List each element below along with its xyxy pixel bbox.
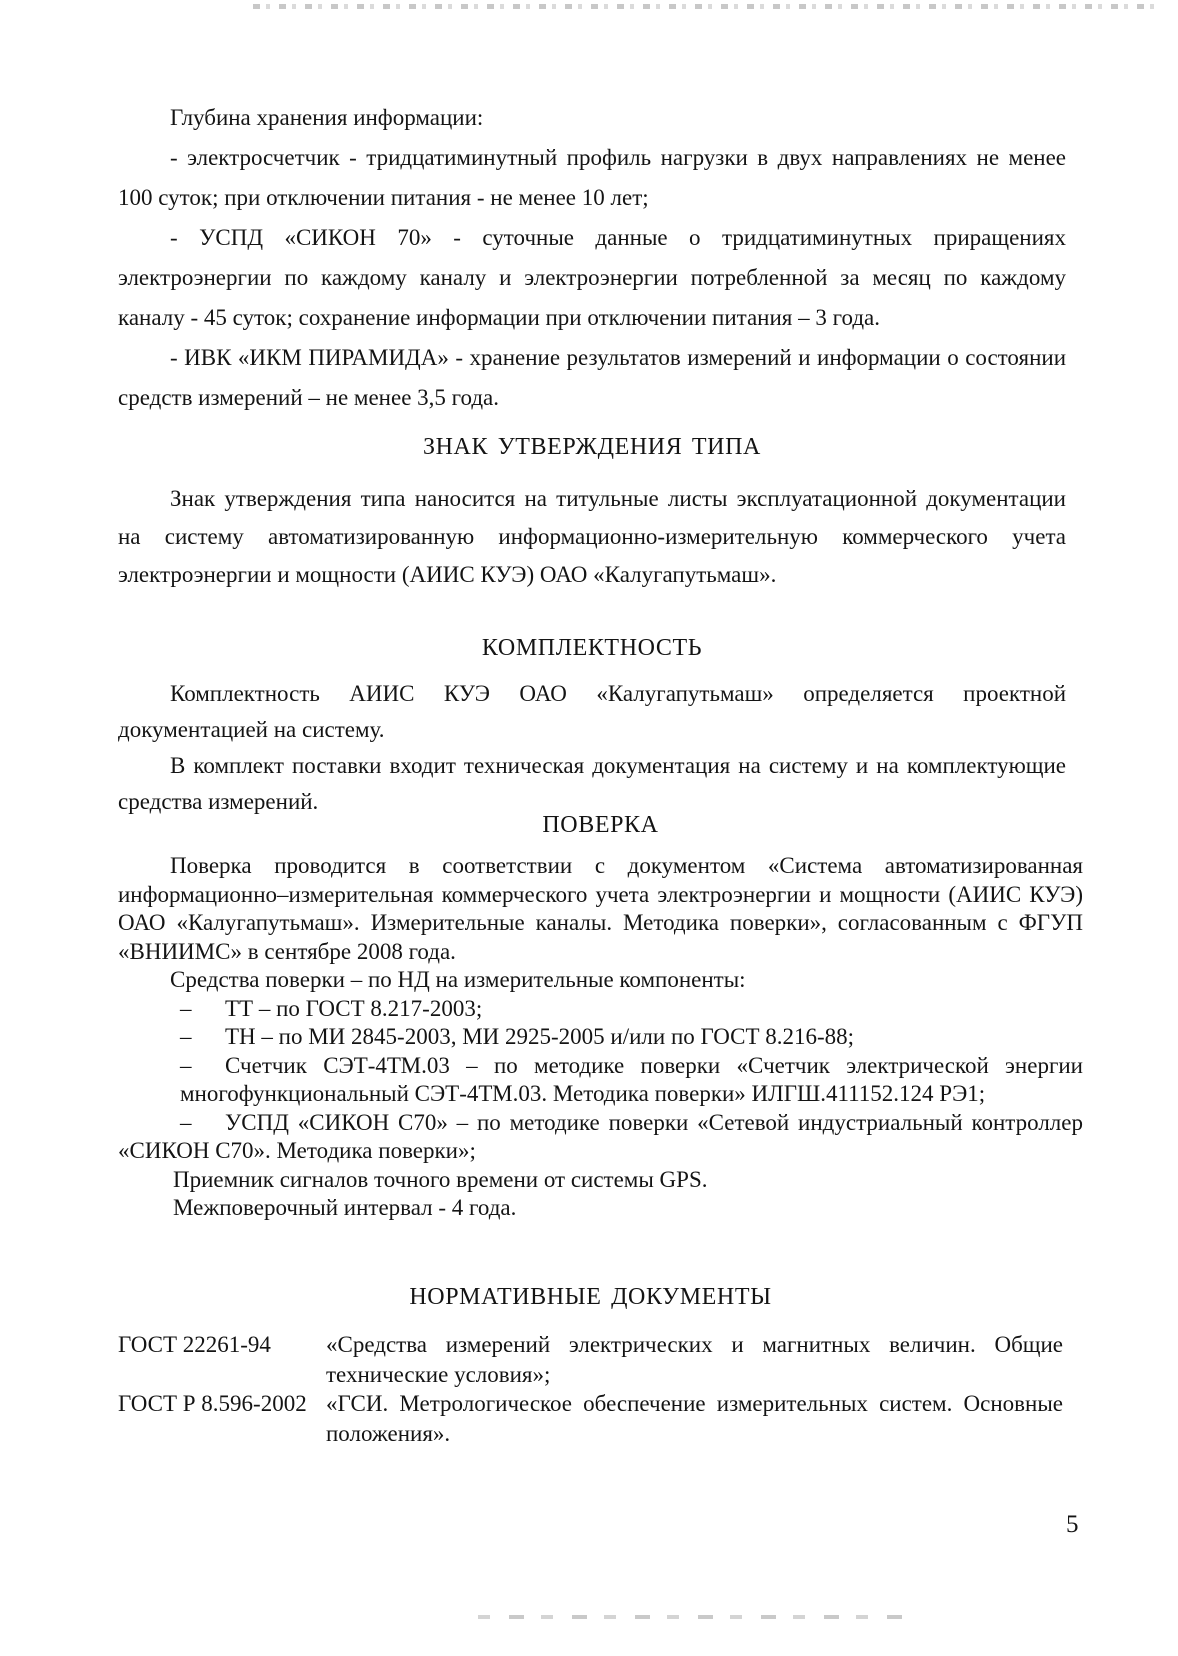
scan-artifact-bottom [478,1615,903,1619]
section-type-approval-mark: ЗНАК УТВЕРЖДЕНИЯ ТИПА Знак утверждения т… [118,428,1066,594]
verification-paragraph-1: Поверка проводится в соответствии с доку… [118,852,1083,966]
normative-entry-gost-8596: ГОСТ Р 8.596-2002 «ГСИ. Метрологическое … [118,1389,1063,1448]
verification-gps-line: Приемник сигналов точного времени от сис… [118,1166,1083,1195]
dash-bullet-marker: – [180,1109,225,1138]
completeness-paragraph-1: Комплектность АИИС КУЭ ОАО «Калугапутьма… [118,676,1066,748]
verification-bullet-meter: –Счетчик СЭТ-4ТМ.03 – по методике поверк… [118,1052,1083,1109]
verification-bullet-uspd: –УСПД «СИКОН С70» – по методике поверки … [118,1109,1083,1166]
normative-text: «Средства измерений электрических и магн… [326,1330,1063,1389]
verification-bullet-tn-text: ТН – по МИ 2845-2003, МИ 2925-2005 и/или… [225,1024,854,1049]
storage-depth-lead: Глубина хранения информации: [118,98,1066,138]
normative-code: ГОСТ Р 8.596-2002 [118,1389,326,1448]
section-title-completeness: КОМПЛЕКТНОСТЬ [118,630,1066,666]
dash-bullet-marker: – [180,995,225,1024]
verification-bullet-uspd-text: УСПД «СИКОН С70» – по методике поверки «… [118,1110,1083,1164]
dash-bullet-marker: – [180,1052,225,1081]
approval-paragraph: Знак утверждения типа наносится на титул… [118,480,1066,594]
page-number: 5 [1066,1510,1079,1540]
verification-bullet-tn: –ТН – по МИ 2845-2003, МИ 2925-2005 и/ил… [118,1023,1083,1052]
section-completeness: КОМПЛЕКТНОСТЬ Комплектность АИИС КУЭ ОАО… [118,630,1066,820]
dash-bullet-marker: – [180,1023,225,1052]
verification-bullet-tt: –ТТ – по ГОСТ 8.217-2003; [118,995,1083,1024]
normative-entry-gost-22261: ГОСТ 22261-94 «Средства измерений электр… [118,1330,1063,1389]
verification-bullet-tt-text: ТТ – по ГОСТ 8.217-2003; [225,996,482,1021]
normative-text: «ГСИ. Метрологическое обеспечение измери… [326,1389,1063,1448]
storage-depth-item-ivk: - ИВК «ИКМ ПИРАМИДА» - хранение результа… [118,338,1066,418]
storage-depth-item-meter: - электросчетчик - тридцатиминутный проф… [118,138,1066,218]
section-title-verification: ПОВЕРКА [118,810,1083,840]
normative-entries: ГОСТ 22261-94 «Средства измерений электр… [118,1330,1063,1448]
verification-interval-line: Межповерочный интервал - 4 года. [118,1194,1083,1223]
document-page: Глубина хранения информации: - электросч… [0,0,1178,1656]
scan-artifact-top [253,4,1160,9]
section-normative-documents: НОРМАТИВНЫЕ ДОКУМЕНТЫ ГОСТ 22261-94 «Сре… [118,1278,1063,1448]
storage-depth-block: Глубина хранения информации: - электросч… [118,98,1066,418]
normative-code: ГОСТ 22261-94 [118,1330,326,1389]
section-title-approval: ЗНАК УТВЕРЖДЕНИЯ ТИПА [118,428,1066,466]
verification-paragraph-2: Средства поверки – по НД на измерительны… [118,966,1083,995]
section-title-normative: НОРМАТИВНЫЕ ДОКУМЕНТЫ [118,1278,1063,1316]
section-verification: ПОВЕРКА Поверка проводится в соответстви… [118,810,1083,1223]
storage-depth-item-uspd: - УСПД «СИКОН 70» - суточные данные о тр… [118,218,1066,338]
verification-bullet-meter-text: Счетчик СЭТ-4ТМ.03 – по методике поверки… [180,1053,1083,1107]
